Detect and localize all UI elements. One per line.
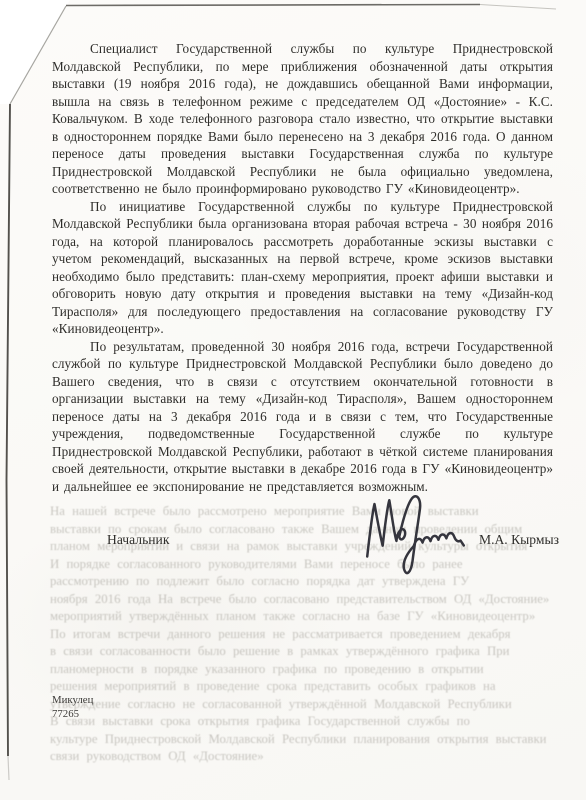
signatory-title: Начальник xyxy=(107,532,169,548)
bleedthrough-line: На нашей встрече было рассмотрено меропр… xyxy=(50,503,553,521)
bleedthrough-line: мероприятий утверждённых планом также со… xyxy=(50,608,553,626)
bleedthrough-line: решения мероприятий в проведение срока п… xyxy=(50,678,553,696)
letter-paragraph: По инициативе Государственной службы по … xyxy=(52,198,553,338)
letter-paragraph: Специалист Государственной службы по кул… xyxy=(52,40,553,198)
bleedthrough-line: По итогам встречи данного решения не рас… xyxy=(50,626,553,644)
bleedthrough-line: ноября 2016 года На встрече было согласо… xyxy=(50,591,553,609)
bleedthrough-line: культуре Приднестровской Молдавской Респ… xyxy=(50,731,553,749)
scanned-letter-page: На нашей встрече было рассмотрено меропр… xyxy=(0,0,586,800)
bleedthrough-line: И порядке согласованного руководителями … xyxy=(50,556,553,574)
bleedthrough-line: в связи согласованности было решение в р… xyxy=(50,643,553,661)
signatory-name: М.А. Кырмыз xyxy=(479,532,559,548)
bleedthrough-line: В связи выставки срока открытия графика … xyxy=(50,713,553,731)
bleedthrough-line: рассмотрению по подлежит было согласно п… xyxy=(50,573,553,591)
letter-paragraph: По результатам, проведенной 30 ноября 20… xyxy=(52,338,553,496)
executor-phone: 77265 xyxy=(52,708,93,722)
bleedthrough-line: планомерности в порядке указанного графи… xyxy=(50,661,553,679)
executor-block: Микулец 77265 xyxy=(52,694,93,721)
executor-name: Микулец xyxy=(52,694,93,708)
signature-icon xyxy=(356,482,474,586)
letter-body: Специалист Государственной службы по кул… xyxy=(52,40,553,495)
bleedthrough-line: утверждение согласно не согласованной ут… xyxy=(50,696,553,714)
bleedthrough-line: связи руководством ОД «Достояние» xyxy=(50,748,553,766)
